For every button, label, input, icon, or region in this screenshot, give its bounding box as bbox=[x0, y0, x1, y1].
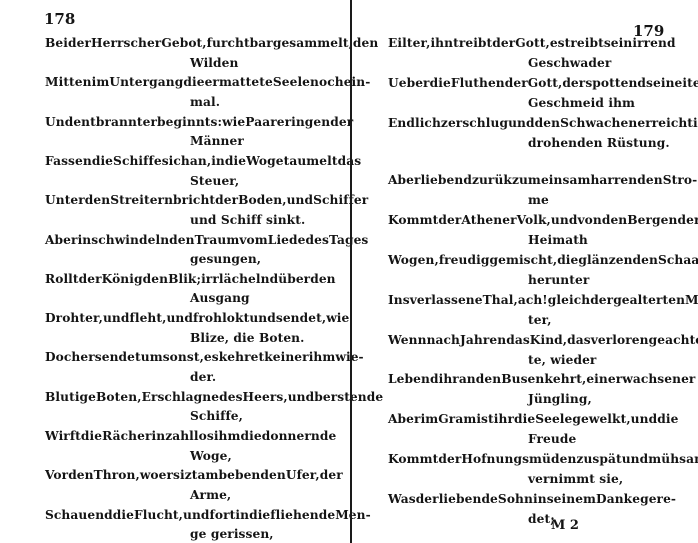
word: Jahren bbox=[460, 333, 506, 347]
signature-mark: M 2 bbox=[551, 518, 579, 533]
word: Lebend bbox=[388, 372, 439, 386]
word: Paare bbox=[245, 115, 284, 129]
word: den bbox=[476, 372, 501, 386]
word: der bbox=[590, 293, 613, 307]
word: nach bbox=[427, 333, 460, 347]
word: mühsam bbox=[648, 452, 698, 466]
word: Seele bbox=[273, 75, 310, 89]
verse-line-continuation: gesungen, bbox=[190, 252, 261, 266]
word: Ueber bbox=[388, 76, 430, 90]
verse-line: WirftdieRächerinzahllosihmdiedonnernde bbox=[45, 429, 311, 443]
verse-line: WasderliebendeSohninseinemDankegere- bbox=[388, 492, 656, 506]
word: keiner bbox=[264, 350, 308, 364]
verse-line: Dochersendetumsonst,eskehretkeinerihmwie… bbox=[45, 350, 311, 364]
word: das bbox=[506, 333, 530, 347]
word: König bbox=[102, 272, 143, 286]
word: Fluthen bbox=[451, 76, 505, 90]
word: Ins bbox=[388, 293, 410, 307]
word: beginnts: bbox=[157, 115, 222, 129]
word: Endlich bbox=[388, 116, 441, 130]
word: die bbox=[183, 75, 204, 89]
verse-line: KommtderAthenerVolk,undvondenBergender bbox=[388, 213, 656, 227]
word: Liede bbox=[268, 233, 306, 247]
word: fleht, bbox=[130, 311, 167, 325]
word: der bbox=[320, 468, 343, 482]
word: der bbox=[79, 272, 102, 286]
word: von bbox=[577, 213, 601, 227]
word: eitel bbox=[675, 76, 698, 90]
word: die bbox=[514, 412, 535, 426]
verse-line: Undentbrannterbeginnts:wiePaareringender bbox=[45, 115, 311, 129]
word: Danke bbox=[596, 492, 640, 506]
word: es bbox=[550, 36, 565, 50]
word: sein bbox=[604, 36, 633, 50]
word: und bbox=[631, 412, 658, 426]
word: Aber bbox=[388, 412, 421, 426]
verse-line-continuation: herunter bbox=[528, 273, 589, 287]
verse-line: InsverlasseneThal,ach!gleichdergealterte… bbox=[388, 293, 656, 307]
verse-line: Eilter,ihntreibtderGott,estreibtseinirre… bbox=[388, 36, 656, 50]
word: er bbox=[159, 468, 173, 482]
word: und bbox=[249, 311, 276, 325]
verse-line-continuation: Jüngling, bbox=[528, 392, 592, 406]
verse-line: WennnachJahrendasKind,dasverlorengeachte… bbox=[388, 333, 656, 347]
word: die bbox=[249, 508, 270, 522]
word: glänzenden bbox=[578, 253, 658, 267]
word: Ufer, bbox=[286, 468, 320, 482]
word: zurük bbox=[472, 173, 512, 187]
word: vom bbox=[239, 233, 267, 247]
verse-line: VordenThron,woersiztambebendenUfer,der bbox=[45, 468, 311, 482]
word: in bbox=[693, 116, 698, 130]
word: zum bbox=[512, 173, 541, 187]
word: geachte- bbox=[649, 333, 698, 347]
word: spottend bbox=[585, 76, 646, 90]
verse-line: MittenimUntergangdieermatteteSeelenochei… bbox=[45, 75, 311, 89]
verse-line: KommtderHofnungsmüdenzuspätundmühsam bbox=[388, 452, 656, 466]
verse-line: BeiderHerrscherGebot,furchtbargesammelt,… bbox=[45, 36, 311, 50]
word: noch bbox=[310, 75, 344, 89]
verse-line-continuation: Heimath bbox=[528, 233, 588, 247]
word: Wogen, bbox=[388, 253, 439, 267]
word: Blutige bbox=[45, 390, 96, 404]
verse-line-continuation: Geschmeid ihm bbox=[528, 96, 635, 110]
word: über bbox=[278, 272, 310, 286]
word: umsonst, bbox=[141, 350, 204, 364]
word: Herrscher bbox=[91, 36, 161, 50]
word: die bbox=[657, 412, 678, 426]
word: Gebot, bbox=[161, 36, 206, 50]
word: seinem bbox=[547, 492, 596, 506]
word: Traum bbox=[195, 233, 240, 247]
word: Gram bbox=[438, 412, 476, 426]
word: und bbox=[103, 311, 130, 325]
word: Eilt bbox=[388, 36, 413, 50]
word: und bbox=[166, 311, 193, 325]
word: Kind, bbox=[530, 333, 567, 347]
word: den bbox=[602, 213, 627, 227]
word: der bbox=[677, 213, 698, 227]
word: Busen bbox=[501, 372, 544, 386]
word: gesammelt, bbox=[273, 36, 353, 50]
word: Wirft bbox=[45, 429, 81, 443]
word: gleich bbox=[548, 293, 590, 307]
verse-line-continuation: Arme, bbox=[190, 488, 231, 502]
word: den bbox=[68, 468, 93, 482]
verse-line-continuation: te, wieder bbox=[528, 353, 596, 367]
word: gewelkt, bbox=[572, 412, 630, 426]
word: des bbox=[219, 390, 242, 404]
word: Athener bbox=[461, 213, 516, 227]
word: der bbox=[438, 452, 461, 466]
verse-line: UnterdenStreiternbrichtderBoden,undSchif… bbox=[45, 193, 311, 207]
word: Und bbox=[45, 115, 73, 129]
word: und bbox=[183, 508, 210, 522]
word: Schiffe bbox=[113, 154, 162, 168]
word: wie bbox=[326, 311, 349, 325]
verse-line-continuation: me bbox=[528, 193, 549, 207]
word: ist bbox=[476, 412, 493, 426]
word: sich bbox=[162, 154, 190, 168]
word: ihn bbox=[430, 36, 453, 50]
word: den bbox=[310, 272, 335, 286]
word: wo bbox=[140, 468, 159, 482]
word: Mitten bbox=[45, 75, 92, 89]
word: Erschlagne bbox=[142, 390, 220, 404]
word: ringender bbox=[285, 115, 354, 129]
word: Mut- bbox=[685, 293, 698, 307]
word: sendet bbox=[95, 350, 141, 364]
word: im bbox=[92, 75, 110, 89]
word: Blik; bbox=[168, 272, 201, 286]
word: fliehende bbox=[270, 508, 335, 522]
word: ein bbox=[586, 372, 608, 386]
word: entbrannter bbox=[73, 115, 157, 129]
word: zahllos bbox=[165, 429, 214, 443]
verse-line-continuation: Blize, die Boten. bbox=[190, 331, 305, 345]
word: die bbox=[113, 508, 134, 522]
word: frohlokt bbox=[193, 311, 249, 325]
word: und bbox=[622, 452, 649, 466]
word: Was bbox=[388, 492, 416, 506]
word: die bbox=[92, 154, 113, 168]
word: einsam bbox=[541, 173, 591, 187]
word: er bbox=[80, 350, 94, 364]
verse-line: Drohter,undfleht,undfrohloktundsendet,wi… bbox=[45, 311, 311, 325]
word: schwindelnden bbox=[91, 233, 194, 247]
verse-line: FassendieSchiffesichan,indieWogetaumeltd… bbox=[45, 154, 311, 168]
word: die bbox=[430, 76, 451, 90]
verse-line-continuation: drohenden Rüstung. bbox=[528, 136, 670, 150]
word: gemischt, bbox=[489, 253, 557, 267]
word: der bbox=[562, 76, 585, 90]
verse-line-continuation: vernimmt sie, bbox=[528, 472, 623, 486]
verse-line-continuation: Geschwader bbox=[528, 56, 611, 70]
verse-line-continuation: ter, bbox=[528, 313, 552, 327]
word: die bbox=[557, 253, 578, 267]
word: Volk, bbox=[517, 213, 551, 227]
word: Fassen bbox=[45, 154, 92, 168]
word: Thron, bbox=[94, 468, 140, 482]
verse-line-continuation: ge gerissen, bbox=[190, 527, 274, 541]
verse-line-continuation: Ausgang bbox=[190, 291, 250, 305]
word: liebende bbox=[439, 492, 498, 506]
verse-line: AberinschwindelndenTraumvomLiededesTages bbox=[45, 233, 311, 247]
left-page: 178 BeiderHerrscherGebot,furchtbargesamm… bbox=[0, 0, 350, 543]
word: Kommt bbox=[388, 452, 438, 466]
word: Flucht, bbox=[134, 508, 183, 522]
word: erwachsener bbox=[608, 372, 696, 386]
word: der bbox=[416, 492, 439, 506]
right-page: 179 Eilter,ihntreibtderGott,estreibtsein… bbox=[353, 0, 698, 543]
word: furchtbar bbox=[207, 36, 273, 50]
word: Thal, bbox=[483, 293, 518, 307]
word: in bbox=[533, 492, 547, 506]
word: sein bbox=[646, 76, 675, 90]
word: und bbox=[508, 116, 535, 130]
word: kehret bbox=[219, 350, 264, 364]
word: die bbox=[225, 154, 246, 168]
word: Sohn bbox=[498, 492, 533, 506]
word: Vor bbox=[45, 468, 68, 482]
verse-line: RolltderKönigdenBlik;irrlächelndüberden bbox=[45, 272, 311, 286]
word: den bbox=[143, 272, 168, 286]
word: donnernde bbox=[262, 429, 337, 443]
word: der bbox=[215, 193, 238, 207]
word: das bbox=[567, 333, 591, 347]
word: Wenn bbox=[388, 333, 427, 347]
verse-line-continuation: Wilden bbox=[190, 56, 238, 70]
word: er, bbox=[413, 36, 431, 50]
word: Heers, bbox=[243, 390, 288, 404]
word: Bei bbox=[45, 36, 68, 50]
word: am bbox=[197, 468, 218, 482]
word: harrenden bbox=[590, 173, 662, 187]
verse-line: UeberdieFluthenderGott,derspottendseinei… bbox=[388, 76, 656, 90]
word: verloren bbox=[591, 333, 649, 347]
word: gere- bbox=[640, 492, 676, 506]
verse-line: Wogen,freudiggemischt,dieglänzendenSchaa… bbox=[388, 253, 656, 267]
word: Aber bbox=[388, 173, 421, 187]
word: Bergen bbox=[627, 213, 677, 227]
word: bebenden bbox=[218, 468, 285, 482]
verse-line-continuation: Männer bbox=[190, 134, 244, 148]
word: Stro- bbox=[663, 173, 698, 187]
word: liebend bbox=[421, 173, 472, 187]
word: des bbox=[306, 233, 329, 247]
word: Schwachen bbox=[560, 116, 637, 130]
word: Hofnungsmüden bbox=[461, 452, 576, 466]
word: treibt bbox=[565, 36, 604, 50]
word: zu bbox=[576, 452, 592, 466]
word: ach! bbox=[518, 293, 548, 307]
word: Kommt bbox=[388, 213, 438, 227]
word: den bbox=[535, 116, 560, 130]
word: Schauend bbox=[45, 508, 113, 522]
word: ermattete bbox=[205, 75, 273, 89]
verse-line-continuation: der. bbox=[190, 370, 216, 384]
verse-line-continuation: Freude bbox=[528, 432, 576, 446]
word: Streitern bbox=[110, 193, 173, 207]
word: es bbox=[204, 350, 219, 364]
word: Seele bbox=[535, 412, 572, 426]
word: irrlächelnd bbox=[201, 272, 278, 286]
word: der bbox=[492, 36, 515, 50]
word: der bbox=[505, 76, 528, 90]
book-gutter bbox=[350, 0, 352, 543]
word: in bbox=[78, 233, 92, 247]
word: gealterten bbox=[613, 293, 685, 307]
word: Unter bbox=[45, 193, 85, 207]
word: ihr bbox=[439, 372, 459, 386]
word: an bbox=[459, 372, 476, 386]
word: ihm bbox=[214, 429, 241, 443]
word: spät bbox=[592, 452, 621, 466]
word: Untergang bbox=[109, 75, 183, 89]
verse-line-continuation: Steuer, bbox=[190, 174, 239, 188]
verse-line-continuation: Schiffe, bbox=[190, 409, 243, 423]
verse-line: EndlichzerschlugunddenSchwachenerreichti… bbox=[388, 116, 656, 130]
verse-line-continuation: und Schiff sinkt. bbox=[190, 213, 305, 227]
word: und bbox=[551, 213, 578, 227]
word: und bbox=[288, 390, 315, 404]
word: verlassene bbox=[410, 293, 483, 307]
page-number-left: 178 bbox=[44, 10, 75, 28]
word: erreicht bbox=[637, 116, 693, 130]
word: Rollt bbox=[45, 272, 79, 286]
word: Boten, bbox=[96, 390, 142, 404]
word: der bbox=[438, 213, 461, 227]
word: Aber bbox=[45, 233, 78, 247]
word: im bbox=[421, 412, 439, 426]
verse-line: AberimGramistihrdieSeelegewelkt,unddie bbox=[388, 412, 656, 426]
word: Droht bbox=[45, 311, 85, 325]
word: fort bbox=[210, 508, 236, 522]
word: wie bbox=[222, 115, 245, 129]
word: Gott, bbox=[515, 36, 550, 50]
word: an, bbox=[190, 154, 211, 168]
word: ihr bbox=[494, 412, 514, 426]
word: ihm bbox=[309, 350, 336, 364]
word: Schaaren bbox=[658, 253, 698, 267]
word: der bbox=[68, 36, 91, 50]
word: die bbox=[81, 429, 102, 443]
word: er, bbox=[85, 311, 103, 325]
word: treibt bbox=[453, 36, 492, 50]
word: zerschlug bbox=[441, 116, 508, 130]
verse-line: SchauenddieFlucht,undfortindiefliehendeM… bbox=[45, 508, 311, 522]
word: in bbox=[211, 154, 225, 168]
word: taumelt bbox=[284, 154, 338, 168]
word: Gott, bbox=[528, 76, 563, 90]
word: sendet, bbox=[276, 311, 326, 325]
word: den bbox=[85, 193, 110, 207]
word: in bbox=[235, 508, 249, 522]
word: Woge bbox=[246, 154, 284, 168]
word: Doch bbox=[45, 350, 80, 364]
verse-line-continuation: mal. bbox=[190, 95, 220, 109]
word: die bbox=[241, 429, 262, 443]
word: freudig bbox=[439, 253, 490, 267]
word: sizt bbox=[173, 468, 197, 482]
word: Boden, bbox=[238, 193, 286, 207]
verse-line: AberliebendzurükzumeinsamharrendenStro- bbox=[388, 173, 656, 187]
word: kehrt, bbox=[544, 372, 586, 386]
verse-line: LebendihrandenBusenkehrt,einerwachsener bbox=[388, 372, 656, 386]
word: irrend bbox=[632, 36, 675, 50]
word: Rächerin bbox=[102, 429, 165, 443]
verse-line: BlutigeBoten,ErschlagnedesHeers,undberst… bbox=[45, 390, 311, 404]
word: und bbox=[287, 193, 314, 207]
word: bricht bbox=[173, 193, 215, 207]
verse-line-continuation: Woge, bbox=[190, 449, 232, 463]
